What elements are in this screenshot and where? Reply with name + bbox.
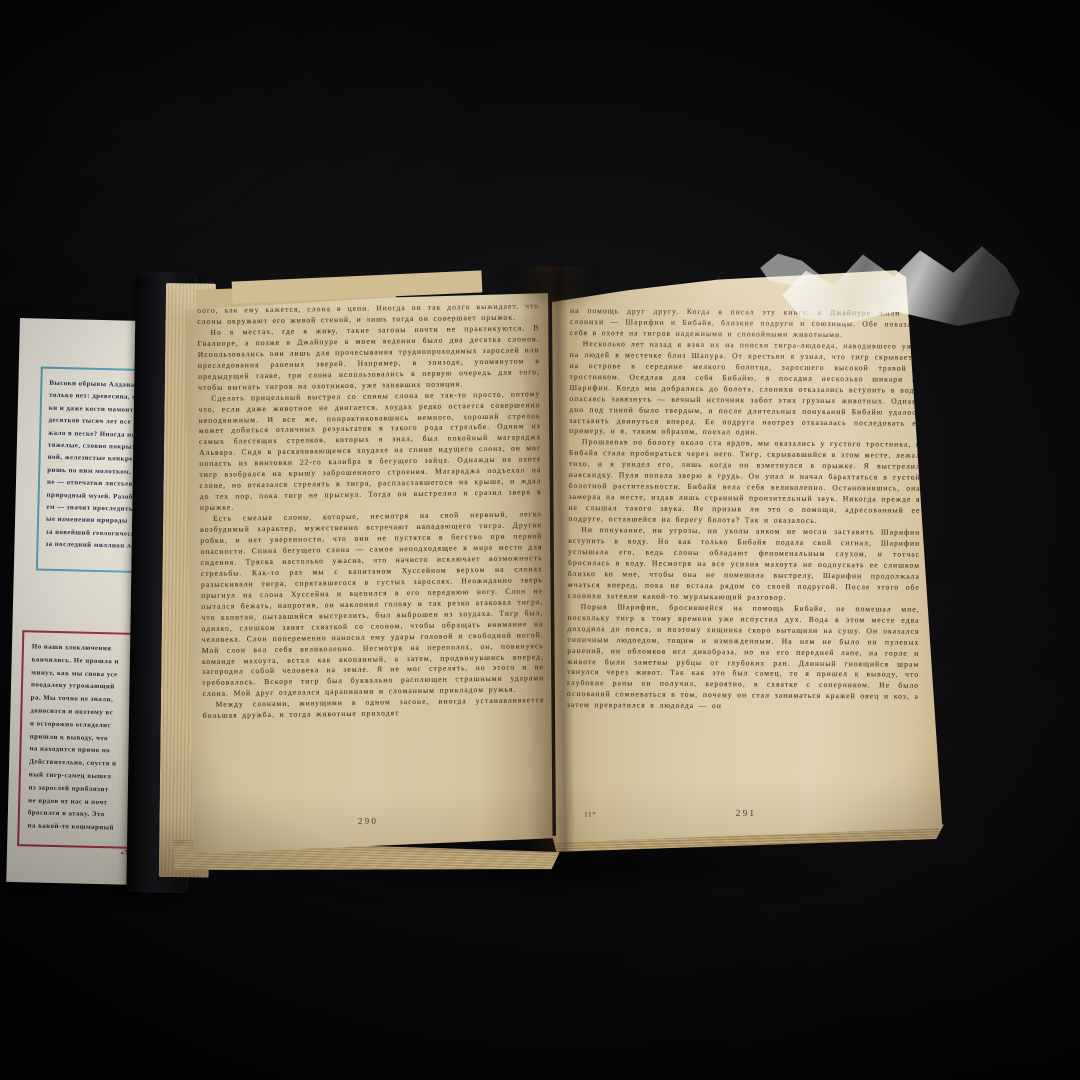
left-page-text-column: бого, как ему кажется, слона в цепи. Ино… bbox=[197, 301, 546, 814]
book-page-right: на помощь друг другу. Когда я писал эту … bbox=[548, 262, 948, 850]
paragraph: Несколько лет назад я взял их на поиски … bbox=[569, 339, 922, 440]
page-number-left: 290 bbox=[197, 814, 539, 829]
book-page-left: бого, как ему кажется, слона в цепи. Ино… bbox=[182, 292, 554, 858]
paragraph: Порыв Шарифин, бросившейся на помощь Биб… bbox=[567, 602, 920, 714]
paragraph: Между слонами, живущими в одном загоне, … bbox=[203, 695, 545, 722]
signature-mark: 11* bbox=[584, 810, 597, 819]
page-number-text: 291 bbox=[736, 808, 756, 818]
paragraph: Сделать прицельный выстрел со спины слон… bbox=[198, 389, 542, 514]
paragraph: Прошлепав по болоту около ста ярдов, мы … bbox=[568, 437, 921, 527]
right-page-text-column: на помощь друг другу. Когда я писал эту … bbox=[566, 306, 922, 811]
paragraph: Ни понукание, ни угрозы, ни уколы анком … bbox=[568, 525, 921, 604]
paragraph: Есть смелые слоны, которые, несмотря на … bbox=[200, 509, 545, 700]
photo-of-open-book: Высоки обрывы Алдана, только нет: древес… bbox=[0, 0, 1080, 1080]
page-number-right: 11* 291 bbox=[570, 807, 922, 820]
paragraph: Но в местах, где я живу, такие загоны по… bbox=[197, 323, 540, 393]
